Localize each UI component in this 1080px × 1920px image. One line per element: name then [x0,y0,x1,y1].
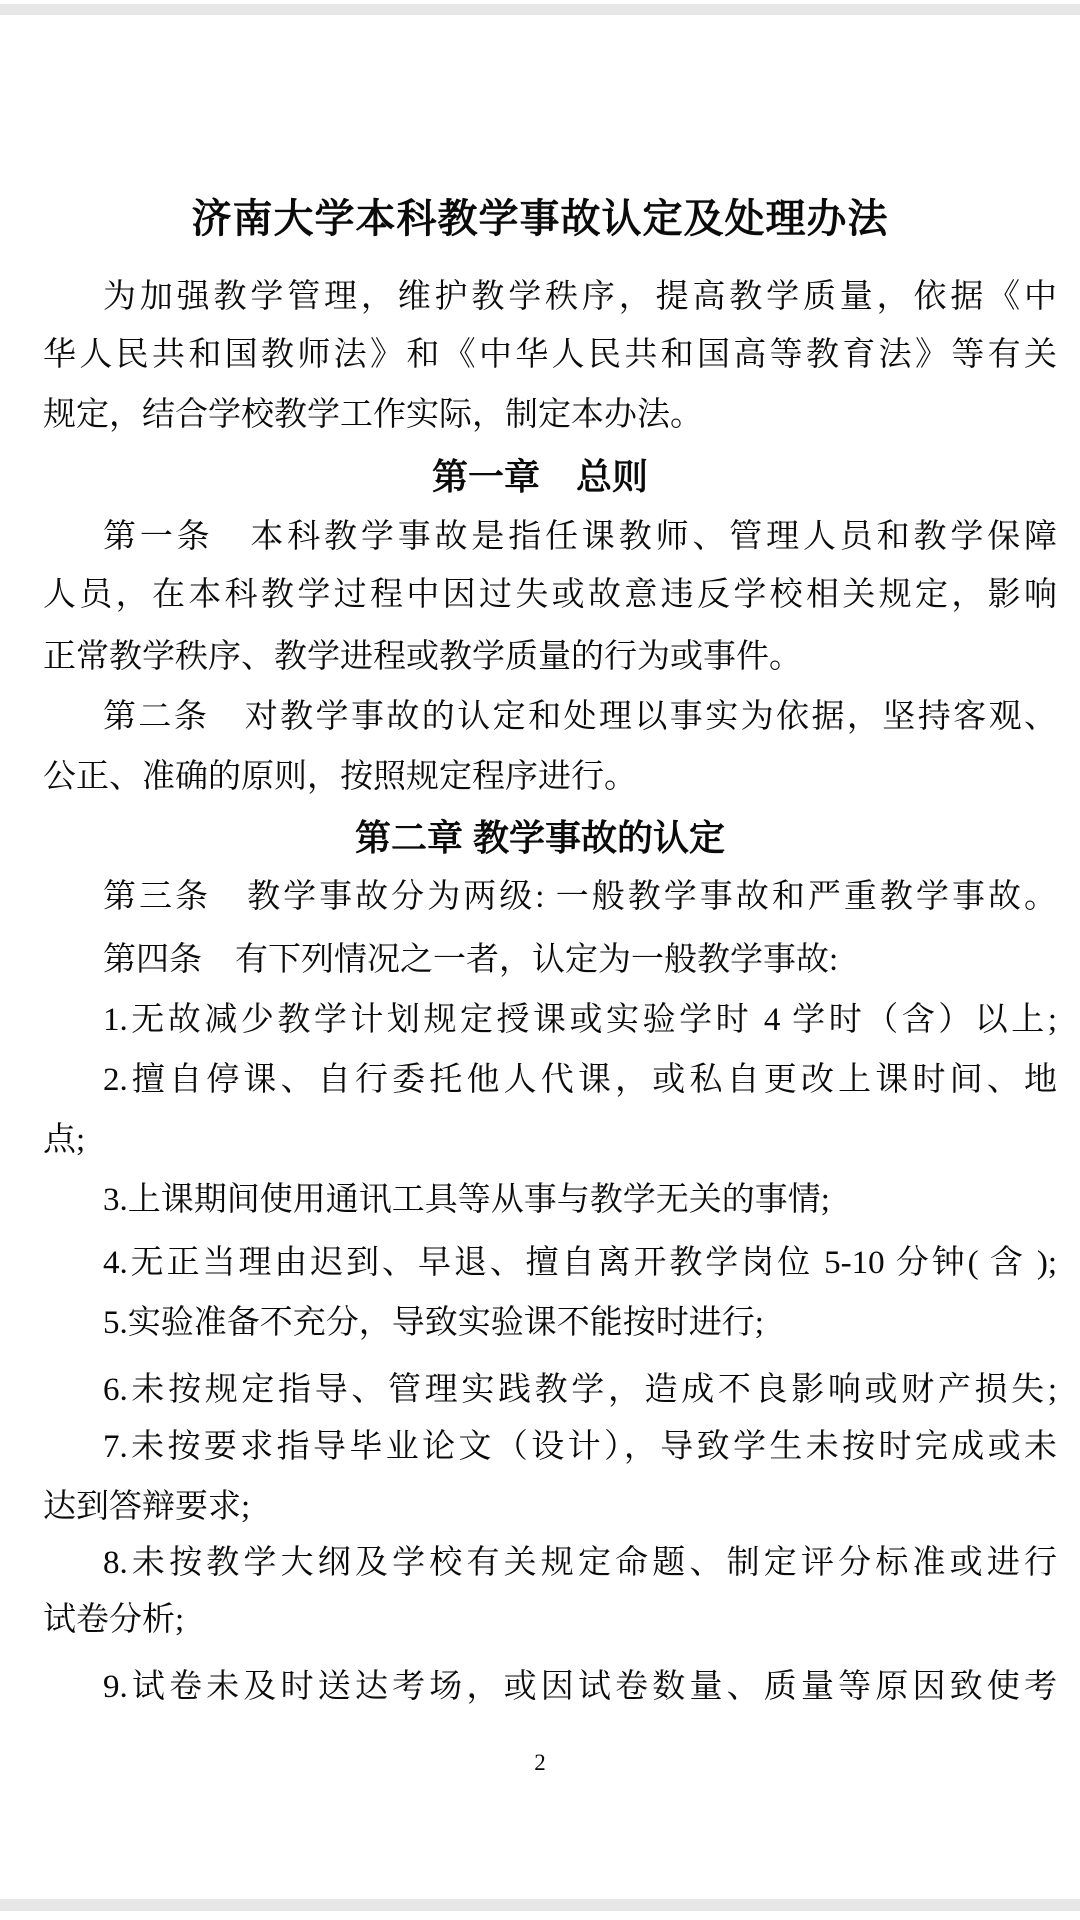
doc-line: 达到答辩要求; [43,1477,1057,1537]
doc-line: 为加强教学管理，维护教学秩序，提高教学质量，依据《中 [43,267,1057,327]
doc-line: 第四条 有下列情况之一者，认定为一般教学事故: [43,930,1057,990]
doc-line: 第一条 本科教学事故是指任课教师、管理人员和教学保障 [43,507,1057,567]
doc-line: 人员，在本科教学过程中因过失或故意违反学校相关规定，影响 [43,565,1057,625]
doc-line: 9.试卷未及时送达考场，或因试卷数量、质量等原因致使考 [43,1657,1057,1717]
doc-line: 规定，结合学校教学工作实际，制定本办法。 [43,385,1057,445]
doc-line: 试卷分析; [43,1590,1057,1650]
doc-line: 3.上课期间使用通讯工具等从事与教学无关的事情; [43,1170,1057,1230]
doc-line: 点; [43,1110,1057,1170]
doc-line: 第二条 对教学事故的认定和处理以事实为依据，坚持客观、 [43,687,1057,747]
doc-line: 1.无故减少教学计划规定授课或实验学时 4 学时（含）以上; [43,990,1057,1050]
doc-line: 华人民共和国教师法》和《中华人民共和国高等教育法》等有关 [43,325,1057,385]
page-number: 2 [0,1747,1080,1779]
doc-line: 正常教学秩序、教学进程或教学质量的行为或事件。 [43,627,1057,687]
doc-line: 5.实验准备不充分，导致实验课不能按时进行; [43,1293,1057,1353]
page-gap-bottom [0,1899,1080,1911]
doc-line: 6.未按规定指导、管理实践教学，造成不良影响或财产损失; [43,1360,1057,1420]
doc-line: 2.擅自停课、自行委托他人代课，或私自更改上课时间、地 [43,1050,1057,1110]
chapter-2-heading: 第二章 教学事故的认定 [0,810,1080,866]
doc-line: 7.未按要求指导毕业论文（设计），导致学生未按时完成或未 [43,1417,1057,1477]
doc-line: 8.未按教学大纲及学校有关规定命题、制定评分标准或进行 [43,1533,1057,1593]
doc-line: 第三条 教学事故分为两级: 一般教学事故和严重教学事故。 [43,867,1057,927]
page-gap-top [0,4,1080,15]
doc-line: 公正、准确的原则，按照规定程序进行。 [43,747,1057,807]
document-page[interactable]: 济南大学本科教学事故认定及处理办法 为加强教学管理，维护教学秩序，提高教学质量，… [0,15,1080,1899]
chapter-1-heading: 第一章 总则 [0,449,1080,505]
doc-title: 济南大学本科教学事故认定及处理办法 [0,191,1080,247]
doc-line: 4.无正当理由迟到、早退、擅自离开教学岗位 5-10 分钟( 含 ); [43,1233,1057,1293]
